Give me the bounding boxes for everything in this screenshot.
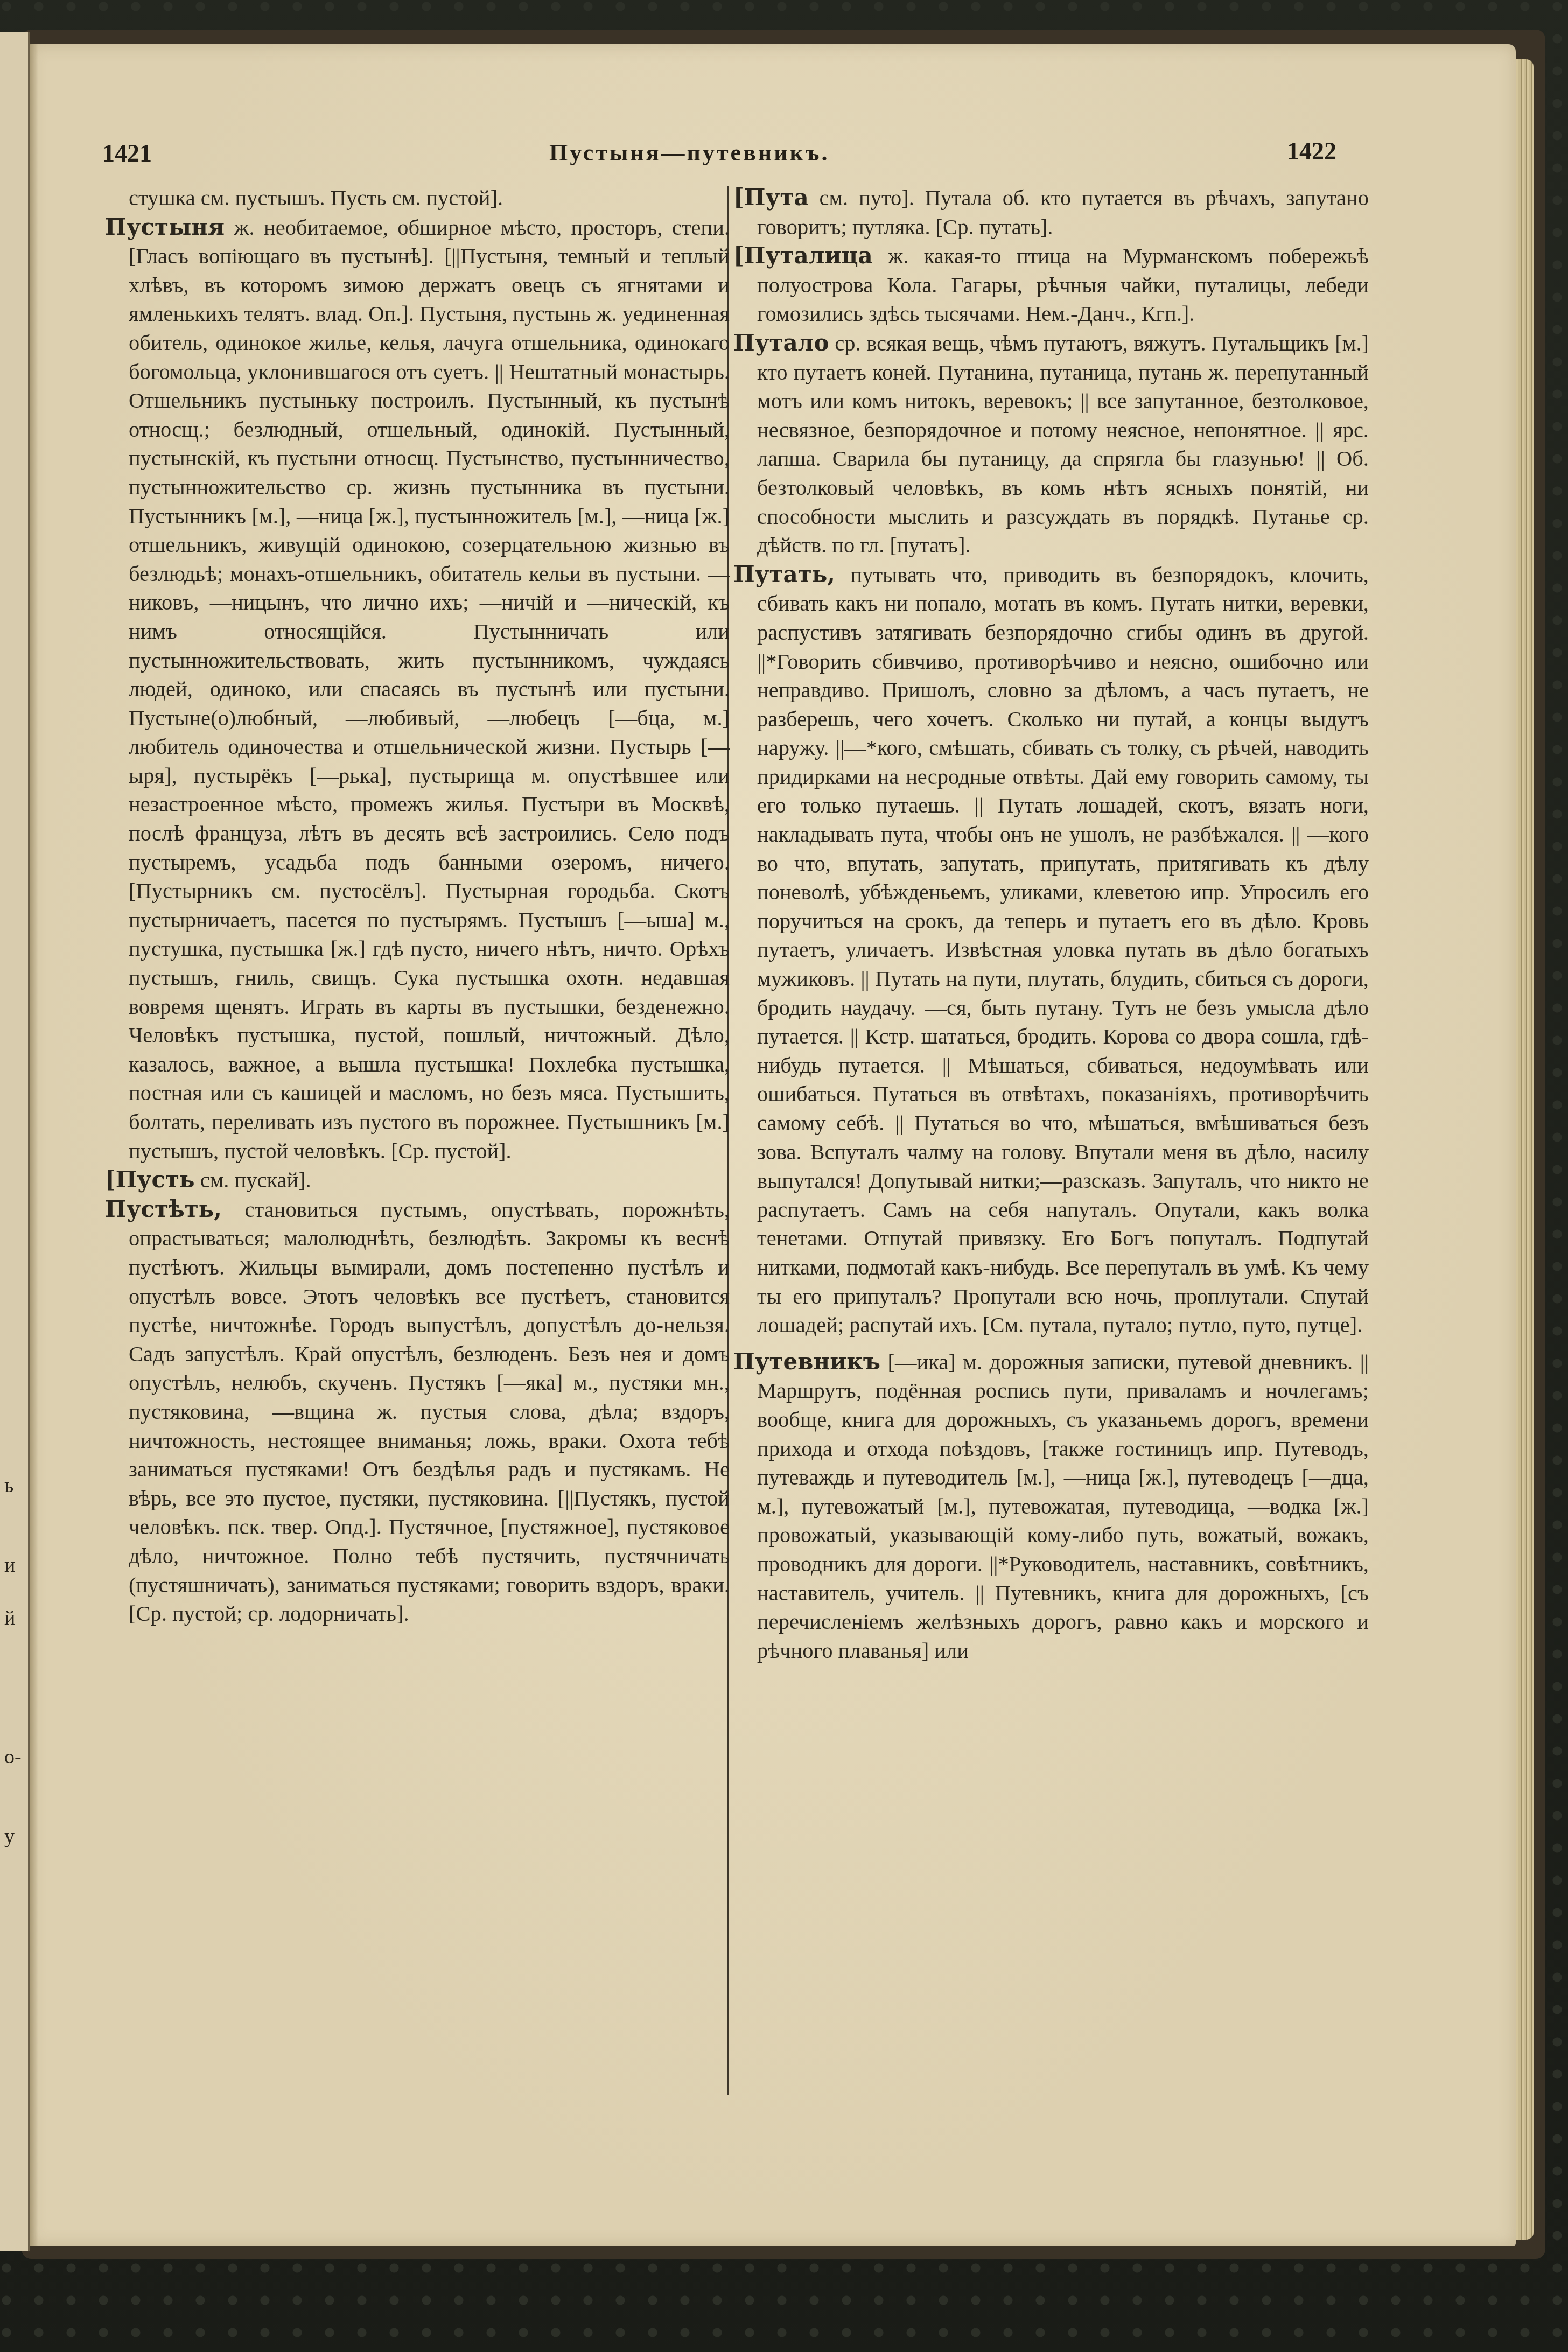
page-number-left: 1421	[102, 139, 152, 167]
entry-text: становиться пустымъ, опустѣвать, порожнѣ…	[129, 1198, 730, 1626]
entry-putalitsa: [Путалица ж. какая-то птица на Мурманско…	[733, 241, 1369, 328]
entry-putalo: Путало ср. всякая вещь, чѣмъ путаютъ, вя…	[733, 328, 1369, 560]
entry-headword: [Путалица	[733, 242, 873, 269]
entry-putat: Путать, путывать что, приводить въ безпо…	[733, 560, 1369, 1340]
entry-headword: Путевникъ	[733, 1348, 880, 1375]
margin-fragment: и	[0, 1555, 28, 1576]
entry-headword: Путало	[733, 330, 829, 356]
margin-fragment: й	[0, 1608, 28, 1628]
entry-text: ср. всякая вещь, чѣмъ путаютъ, вяжутъ. П…	[757, 331, 1369, 557]
entry-text: см. путо]. Путала об. кто путается въ рѣ…	[757, 186, 1369, 239]
margin-fragment: ь	[0, 1475, 28, 1496]
entry-pustynya: Пустыня ж. необитаемое, обширное мѣсто, …	[105, 213, 730, 1166]
entry-putevnik: Путевникъ [—ика] м. дорожныя записки, пу…	[733, 1347, 1369, 1665]
running-title: Пустыня—путевникъ.	[549, 139, 830, 166]
margin-fragment: у	[0, 1826, 28, 1847]
previous-page-sliver: ь и й о- у	[0, 32, 30, 2251]
entry-pustet: Пустѣть, становиться пустымъ, опустѣвать…	[105, 1195, 730, 1628]
entry-pustushka-cont: стушка см. пустышъ. Пусть см. пустой].	[105, 183, 730, 213]
entry-headword: [Пута	[733, 184, 809, 211]
margin-fragment: о-	[0, 1747, 28, 1767]
entry-headword: Пустѣть,	[105, 1196, 222, 1222]
page-number-right: 1422	[1287, 137, 1336, 165]
entry-headword: [Пусть	[105, 1166, 195, 1193]
entry-text: ж. необитаемое, обширное мѣсто, просторъ…	[129, 215, 730, 1163]
entry-text: стушка см. пустышъ. Пусть см. пустой].	[129, 186, 503, 210]
entry-text: см. пускай].	[200, 1168, 311, 1192]
page-header: 1421 Пустыня—путевникъ. 1422	[102, 135, 1395, 172]
entry-puta: [Пута см. путо]. Путала об. кто путается…	[733, 183, 1369, 241]
right-column: [Пута см. путо]. Путала об. кто путается…	[733, 183, 1369, 1665]
entry-pust: [Пусть см. пускай].	[105, 1165, 730, 1195]
entry-text: [—ика] м. дорожныя записки, путевой днев…	[757, 1350, 1369, 1663]
entry-headword: Путать,	[733, 561, 835, 587]
entry-text: путывать что, приводить въ безпорядокъ, …	[757, 563, 1369, 1337]
left-column: стушка см. пустышъ. Пусть см. пустой]. П…	[105, 183, 730, 1628]
spine-shadow	[30, 44, 38, 2246]
entry-headword: Пустыня	[105, 214, 225, 240]
